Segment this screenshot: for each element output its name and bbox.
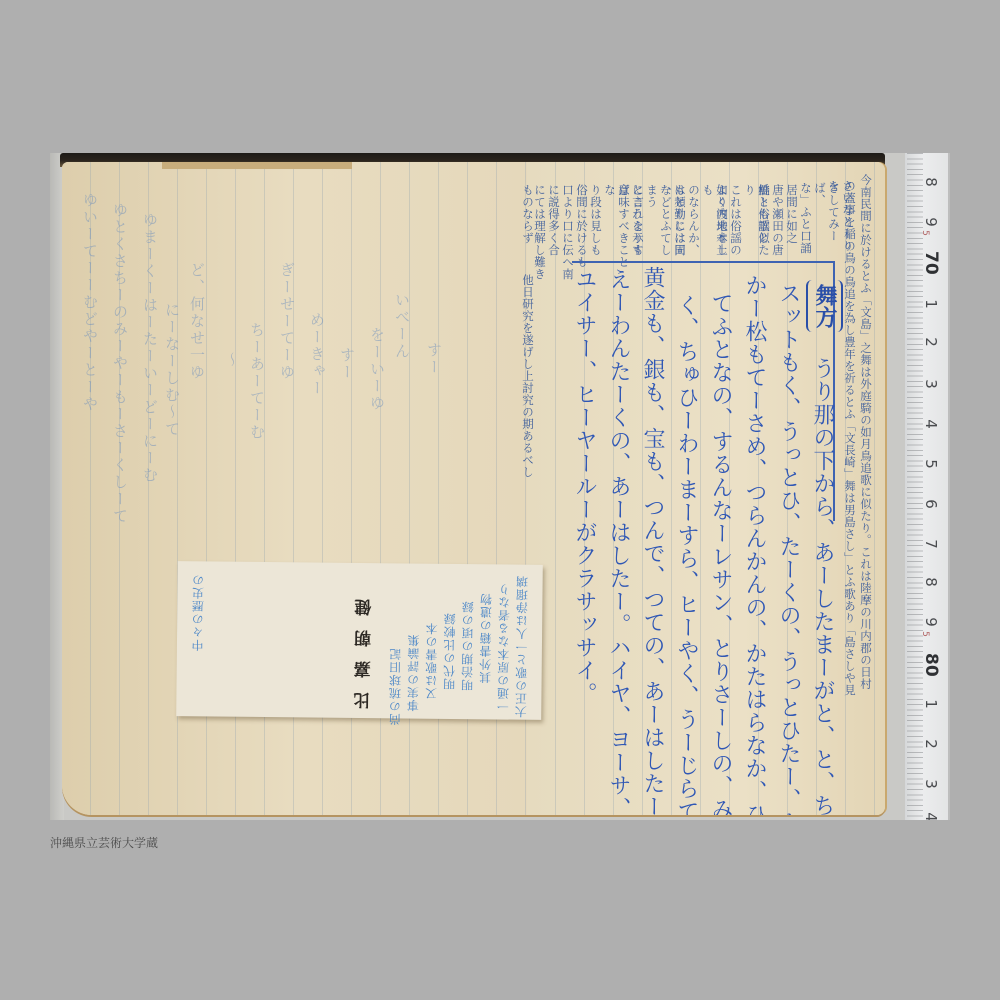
faint-text-column: にーなーしむ〜て <box>162 302 183 422</box>
faint-text-column: いべーん <box>392 292 413 392</box>
notes-column: な」ふと口誦 <box>799 182 813 262</box>
faint-text-column: ぎーせーてーゆ <box>277 262 298 412</box>
faint-text-column: ちーあーてーむ <box>247 322 268 422</box>
card-handwritten-column: 事実の評論集 <box>404 633 422 711</box>
ruler-number: 4 <box>922 414 940 434</box>
faint-text-column: めーきゃー <box>307 312 328 402</box>
lyrics-column: スットもく、うっとひ、たーくの、うっとひたー、さーすー <box>773 282 804 802</box>
ruler-number: 7 <box>922 534 940 554</box>
notes-column: 他日研究を遂げし上討究の期あるべし <box>521 274 535 494</box>
notes-column: 居間に如之 <box>785 184 799 264</box>
open-notebook: ゆいーてーーむどやーとーや ゆとくさちーのみーやーもーさーくしーて ゆまーくーは… <box>62 162 885 815</box>
card-handwritten-column: 又は歌書の本 <box>422 622 440 700</box>
card-printed-name: 比嘉朝健 <box>351 585 377 709</box>
faint-text-column: をーいーゆ <box>367 327 388 417</box>
card-handwritten-column: 一通の原本なる者なり <box>494 582 512 712</box>
ruler-number: 2 <box>922 734 940 754</box>
ruler-half-mark: 5 <box>920 223 930 243</box>
faint-text-column: ど、何なせ一ゆ <box>187 262 208 402</box>
notes-column: 俗間に於けるも <box>575 184 589 269</box>
notes-column: に説得多く合 <box>547 184 561 284</box>
faint-text-column: すー <box>424 342 445 382</box>
faint-text-column: ゆいーてーーむどやーとーや <box>80 192 101 752</box>
ruler-number: 1 <box>922 694 940 714</box>
faint-text-column: 〜 <box>222 352 243 392</box>
faint-text-column: ゆまーくーはーたーいーどーにーむ <box>140 212 161 712</box>
lyrics-column: く、ちゅひーわーまーすら、ヒーやく、うーじらてー。 <box>671 294 702 794</box>
notes-column: 意味すべきことな <box>603 184 631 269</box>
ruler-number: 3 <box>922 374 940 394</box>
notebook-photograph: ゆいーてーーむどやーとーや ゆとくさちーのみーやーもーさーくしーて ゆまーくーは… <box>50 153 950 820</box>
card-handwritten-column: 中々の歴史の <box>189 573 207 651</box>
notes-column: の蓋事を稲の鳥の鳥追を為し豊年を祈るとふ「文長崎」舞は男島さし」とふ歌あり「島さ… <box>843 180 857 800</box>
faint-text-column: ゆとくさちーのみーやーもーさーくしーて <box>110 202 131 722</box>
ruler-number: 1 <box>922 294 940 314</box>
measuring-ruler: 8 9 5 70 1 2 3 4 5 6 7 8 9 5 80 1 2 3 4 <box>905 153 948 820</box>
card-handwritten-column: 大正の歌と一人は浄瑠璃 <box>512 575 530 718</box>
lyrics-column: えーわんたーくの、あーはしたー。ハイヤ、ヨーサ、クラサー <box>603 268 634 788</box>
notes-column: 鮭とも歌似たり <box>743 184 771 264</box>
section-divider <box>572 261 834 263</box>
card-handwritten-column: 明治期の頃の録 <box>458 600 476 691</box>
pasted-name-card: 比嘉朝健 中々の歴史の 大正の歌と一人は浄瑠璃 一通の原本なる者なり 其外書籍の… <box>176 561 543 720</box>
notes-column: これは俗謡の <box>729 184 743 264</box>
ruler-number: 70 <box>921 251 941 271</box>
ruler-number: 8 <box>922 572 940 592</box>
notes-column: より渡来せしも <box>701 184 729 264</box>
notes-column: ものならず <box>521 184 535 264</box>
section-heading: 舞方 <box>806 280 843 332</box>
notes-column: などとふてしまう <box>645 184 673 264</box>
ruler-number: 2 <box>922 332 940 352</box>
ruler-number: 8 <box>922 172 940 192</box>
notes-column: 今南民間に於けるとふ「文島」之舞は外庭騎の如月鳥追歌に似たり。これは陸摩の川内郡… <box>859 174 873 804</box>
image-caption: 沖縄県立芸術大学蔵 <box>50 834 158 851</box>
ruler-edge <box>948 153 950 820</box>
ruler-half-mark: 5 <box>920 624 930 644</box>
card-handwritten-column: 明代の比較録 <box>440 612 458 690</box>
ruler-number: 80 <box>921 653 941 673</box>
torn-paper-strip <box>162 162 352 169</box>
lyrics-column: 黄金も、銀も、宝も、つんで、つての、あーはしたー、 <box>637 266 668 786</box>
notes-column: 唐や瀬田の唐 <box>771 184 785 264</box>
ruler-number: 4 <box>922 807 940 820</box>
notes-column: さしてみーば、 <box>813 182 841 262</box>
ruler-number: 3 <box>922 774 940 794</box>
right-page: 今南民間に於けるとふ「文島」之舞は外庭騎の如月鳥追歌に似たり。これは陸摩の川内郡… <box>527 162 885 815</box>
ruler-number: 6 <box>922 494 940 514</box>
notes-column: のならんか、 <box>687 184 701 264</box>
card-handwritten-column: 其外書籍の遺物 <box>477 592 495 683</box>
lyrics-column: うり那の下から、あーしたまーがと、と、ちまーりや、 <box>807 357 838 797</box>
lyrics-column: てふとなの、するんなーレサン、とりさーしの、みーさいなー <box>705 292 736 802</box>
card-handwritten-column: 尚の琉球旧記 <box>386 647 404 725</box>
notes-column: り段は見しも <box>589 184 603 269</box>
lyrics-column: ユイサー、ヒーヤールーがクラサッサイ。 <box>569 268 600 788</box>
faint-text-column: すー <box>337 347 358 387</box>
lyrics-column: かー松もてーさめ、つらんかんの、かたはらなか、ひ、むっつか <box>739 274 770 794</box>
ruler-number: 5 <box>922 454 940 474</box>
notes-column: にては理解し難き <box>533 184 547 284</box>
